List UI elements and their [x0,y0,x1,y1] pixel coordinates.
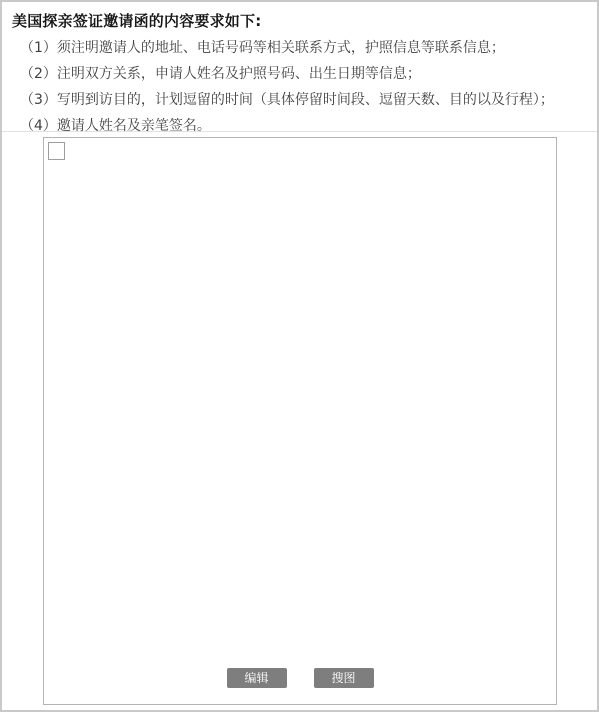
list-item-marker: （1） [20,35,57,61]
requirements-section: 美国探亲签证邀请函的内容要求如下: （1） 须注明邀请人的地址、电话号码等相关联… [2,2,597,132]
list-item-text: 须注明邀请人的地址、电话号码等相关联系方式，护照信息等联系信息； [57,35,587,61]
list-item-marker: （2） [20,61,57,87]
image-panel: 编辑 搜图 [2,132,597,711]
edit-button[interactable]: 编辑 [227,668,287,688]
broken-image-placeholder-icon [48,142,65,160]
list-item: （1） 须注明邀请人的地址、电话号码等相关联系方式，护照信息等联系信息； [12,35,587,61]
list-item-marker: （3） [20,87,57,113]
image-frame[interactable]: 编辑 搜图 [43,137,557,705]
requirements-title: 美国探亲签证邀请函的内容要求如下: [12,11,587,31]
image-toolbar: 编辑 搜图 [44,668,556,688]
list-item: （2） 注明双方关系，申请人姓名及护照号码、出生日期等信息； [12,61,587,87]
list-item: （3） 写明到访目的，计划逗留的时间（具体停留时间段、逗留天数、目的以及行程）； [12,87,587,113]
list-item-text: 注明双方关系，申请人姓名及护照号码、出生日期等信息； [57,61,587,87]
list-item-text: 写明到访目的，计划逗留的时间（具体停留时间段、逗留天数、目的以及行程）； [57,87,587,113]
requirements-list: （1） 须注明邀请人的地址、电话号码等相关联系方式，护照信息等联系信息； （2）… [12,35,587,139]
search-image-button[interactable]: 搜图 [314,668,374,688]
page: 美国探亲签证邀请函的内容要求如下: （1） 须注明邀请人的地址、电话号码等相关联… [0,0,599,712]
